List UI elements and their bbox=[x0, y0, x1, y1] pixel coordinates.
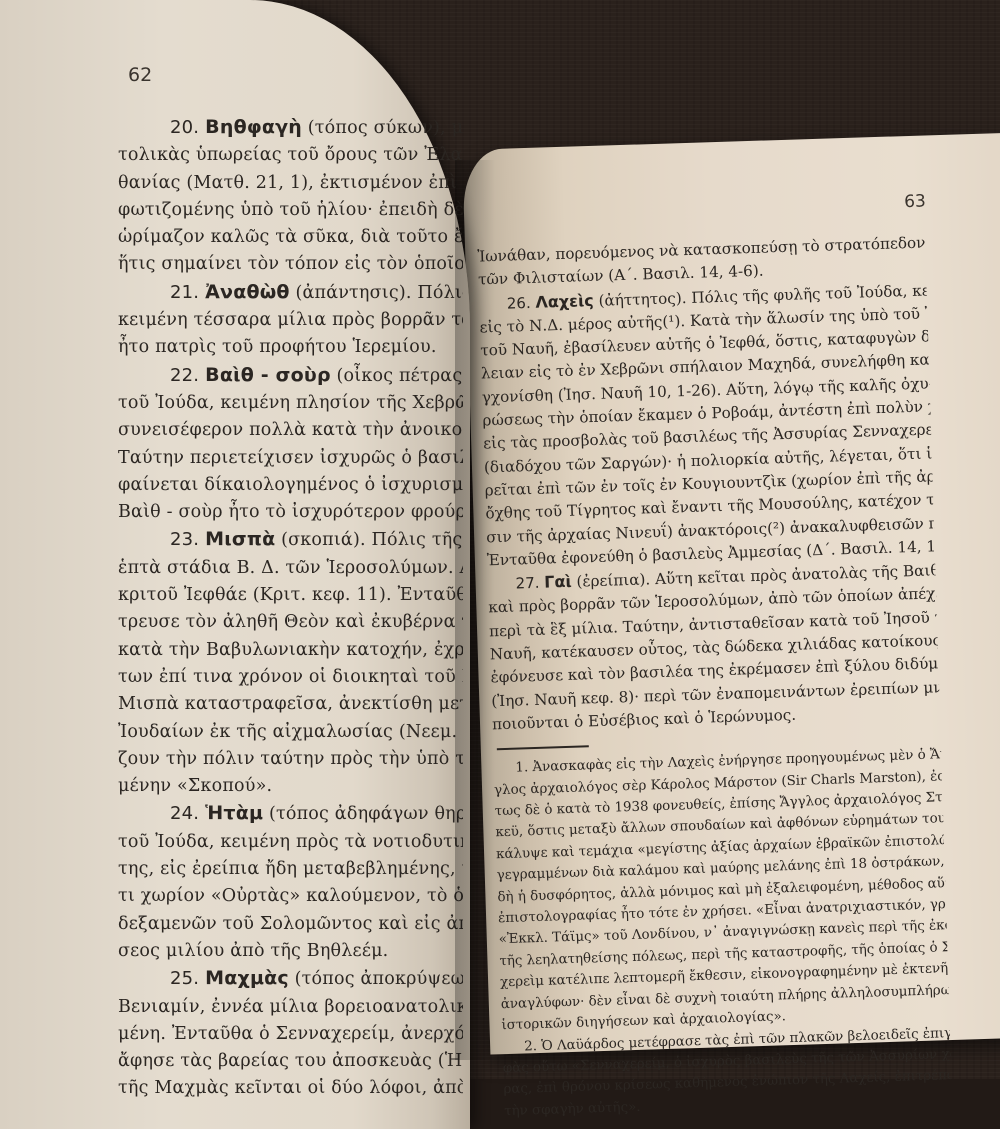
text-line: τῆς Μαχμὰς κεῖνται οἱ δύο λόφοι, ἀπὸ τῶν bbox=[118, 1075, 463, 1102]
line-text: Ταύτην περιετείχισεν ἰσχυρῶς ὁ βασιλεὺς … bbox=[118, 448, 463, 468]
right-page-body: Ἰωνάθαν, πορευόμενος νὰ κατασκοπεύσῃ τὸ … bbox=[477, 232, 952, 1123]
text-line: Ταύτην περιετείχισεν ἰσχυρῶς ὁ βασιλεὺς … bbox=[118, 445, 463, 472]
line-text: ζουν τὴν πόλιν ταύτην πρὸς τὴν ὑπὸ τοῦ Ἰ… bbox=[118, 749, 463, 769]
text-line: Ἰουδαίων ἐκ τῆς αἰχμαλωσίας (Νεεμ. 3, 19… bbox=[118, 719, 463, 746]
line-text: ἥτις σημαίνει τὸν τόπον εἰς τὸν ὁποῖον κ… bbox=[118, 254, 463, 274]
entry-title: Βαὶθ - σοὺρ bbox=[205, 364, 331, 386]
entry-title: Λαχεὶς bbox=[535, 291, 594, 312]
line-text: μένην «Σκοπού». bbox=[118, 776, 272, 796]
entry-number: 25. bbox=[170, 968, 205, 989]
line-text: τρευσε τὸν ἀληθῆ Θεὸν καὶ ἐκυβέρνα τὸν λ… bbox=[118, 612, 463, 632]
line-text: (τόπος σύκων), μικρὸν χωρίον bbox=[302, 118, 463, 138]
line-text: φαίνεται δίκαιολογημένος ὁ ἰσχυρισμὸς το… bbox=[118, 475, 463, 495]
left-page-body: 20. Βηθφαγὴ (τόπος σύκων), μικρὸν χωρίον… bbox=[118, 114, 463, 1103]
line-text: σεος μιλίου ἀπὸ τῆς Βηθλεέμ. bbox=[118, 941, 388, 961]
text-line: Μισπὰ καταστραφεῖσα, ἀνεκτίσθη μετὰ τὴν … bbox=[118, 691, 463, 718]
line-text: Μισπὰ καταστραφεῖσα, ἀνεκτίσθη μετὰ τὴν … bbox=[118, 694, 463, 714]
line-text: τοῦ Ἰούδα, κειμένη πρὸς τὰ νοτιοδυτικὰ τ… bbox=[118, 832, 463, 852]
entry-title: Μαχμὰς bbox=[205, 967, 289, 989]
text-line: ἑπτὰ στάδια Β. Δ. τῶν Ἱεροσολύμων. Αὕτη bbox=[118, 555, 463, 582]
line-text: Βαὶθ - σοὺρ ἦτο τὸ ἰσχυρότερον φρούριον bbox=[118, 502, 463, 522]
text-line: τοῦ Ἰούδα, κειμένη πρὸς τὰ νοτιοδυτικὰ τ… bbox=[118, 829, 463, 856]
line-text: ἦτο πατρὶς τοῦ προφήτου Ἱερεμίου. bbox=[118, 337, 437, 357]
right-page: 63 Ἰωνάθαν, πορευόμενος νὰ κατασκοπεύσῃ … bbox=[462, 132, 1000, 1054]
entry-number: 21. bbox=[170, 282, 205, 303]
entry-heading-line: 25. Μαχμὰς (τόπος ἀποκρύψεως). Πόλις τῆς bbox=[118, 965, 463, 993]
text-line: κριτοῦ Ἰεφθάε (Κριτ. κεφ. 11). Ἐνταῦθα bbox=[118, 582, 463, 609]
line-text: ὡρίμαζον καλῶς τὰ σῦκα, διὰ τοῦτο ἔλαβε … bbox=[118, 227, 463, 247]
entry-number: 20. bbox=[170, 117, 205, 138]
line-text: τὴν σφαγὴν αὐτῆς». bbox=[504, 1100, 641, 1119]
entry-heading-line: 20. Βηθφαγὴ (τόπος σύκων), μικρὸν χωρίον bbox=[118, 114, 463, 142]
line-text: (σκοπιά). Πόλις τῆς φυλῆς Βεν. bbox=[275, 530, 463, 550]
text-line: κατὰ τὴν Βαβυλωνιακὴν κατοχήν, ἐχρησιμοπ… bbox=[118, 637, 463, 664]
entry-heading-line: 22. Βαὶθ - σοὺρ (οἶκος πέτρας). Ὀρειν bbox=[118, 362, 463, 390]
line-text: τῆς Μαχμὰς κεῖνται οἱ δύο λόφοι, ἀπὸ τῶν bbox=[118, 1078, 463, 1098]
left-page: 62 20. Βηθφαγὴ (τόπος σύκων), μικρὸν χωρ… bbox=[0, 0, 470, 1129]
text-line: ὡρίμαζον καλῶς τὰ σῦκα, διὰ τοῦτο ἔλαβε … bbox=[118, 224, 463, 251]
line-text: τι χωρίον «Οὐρτὰς» καλούμενον, τὸ ὁποῖον… bbox=[118, 886, 463, 906]
text-line: φαίνεται δίκαιολογημένος ὁ ἰσχυρισμὸς το… bbox=[118, 472, 463, 499]
text-line: θανίας (Ματθ. 21, 1), ἐκτισμένον ἐπὶ στε… bbox=[118, 170, 463, 197]
line-text: (τόπος ἀδηφάγων θηρίων). Πόλις bbox=[263, 804, 463, 824]
entry-number: 27. bbox=[515, 574, 544, 593]
text-line: ζουν τὴν πόλιν ταύτην πρὸς τὴν ὑπὸ τοῦ Ἰ… bbox=[118, 746, 463, 773]
entry-number: 23. bbox=[170, 529, 205, 550]
line-text: συνεισέφερον πολλὰ κατὰ τὴν ἀνοικοδόμησι… bbox=[118, 420, 463, 440]
text-line: των ἐπί τινα χρόνον οἱ διοικηταὶ τοῦ Ναβ… bbox=[118, 664, 463, 691]
text-line: της, εἰς ἐρείπια ἤδη μεταβεβλημένης, ὑπά… bbox=[118, 856, 463, 883]
entry-heading-line: 21. Ἀναθὼθ (ἀπάντησις). Πόλις τῆς φυλῆς bbox=[118, 279, 463, 307]
line-text: κριτοῦ Ἰεφθάε (Κριτ. κεφ. 11). Ἐνταῦθα bbox=[118, 585, 463, 605]
text-line: ἦτο πατρὶς τοῦ προφήτου Ἱερεμίου. bbox=[118, 334, 463, 361]
text-line: μένη. Ἐνταῦθα ὁ Σενναχερείμ, ἀνερχόμενος… bbox=[118, 1021, 463, 1048]
line-text: Βενιαμίν, ἐννέα μίλια βορειοανατολικῶς τ… bbox=[118, 997, 463, 1017]
line-text: φωτιζομένης ὑπὸ τοῦ ἡλίου· ἐπειδὴ δὲ διὰ… bbox=[118, 200, 463, 220]
entry-number: 26. bbox=[507, 293, 536, 312]
line-text: θανίας (Ματθ. 21, 1), ἐκτισμένον ἐπὶ στε… bbox=[118, 173, 463, 193]
text-line: σεος μιλίου ἀπὸ τῆς Βηθλεέμ. bbox=[118, 938, 463, 965]
entry-title: Ἀναθὼθ bbox=[205, 281, 290, 303]
line-text: ἑπτὰ στάδια Β. Δ. τῶν Ἱεροσολύμων. Αὕτη bbox=[118, 558, 463, 578]
line-text: (οἶκος πέτρας). Ὀρειν bbox=[331, 366, 463, 386]
text-line: φωτιζομένης ὑπὸ τοῦ ἡλίου· ἐπειδὴ δὲ διὰ… bbox=[118, 197, 463, 224]
line-text: κατὰ τὴν Βαβυλωνιακὴν κατοχήν, ἐχρησιμοπ… bbox=[118, 640, 463, 660]
text-line: κειμένη τέσσαρα μίλια πρὸς βορρᾶν τῶν Ἱε… bbox=[118, 307, 463, 334]
line-text: μένη. Ἐνταῦθα ὁ Σενναχερείμ, ἀνερχόμενος… bbox=[118, 1024, 463, 1044]
text-line: δεξαμενῶν τοῦ Σολομῶντος καὶ εἰς ἀπόστασ… bbox=[118, 911, 463, 938]
line-text: κειμένη τέσσαρα μίλια πρὸς βορρᾶν τῶν Ἱε… bbox=[118, 310, 463, 330]
line-text: τοῦ Ἰούδα, κειμένη πλησίον τῆς Χεβρῶνος.… bbox=[118, 393, 463, 413]
line-text: ἄφησε τὰς βαρείας του ἀποσκευὰς (Ἡσαΐας … bbox=[118, 1051, 463, 1071]
text-line: τοῦ Ἰούδα, κειμένη πλησίον τῆς Χεβρῶνος.… bbox=[118, 390, 463, 417]
line-text: δεξαμενῶν τοῦ Σολομῶντος καὶ εἰς ἀπόστασ… bbox=[118, 914, 463, 934]
entry-title: Ἡτὰμ bbox=[205, 802, 263, 824]
text-line: τρευσε τὸν ἀληθῆ Θεὸν καὶ ἐκυβέρνα τὸν λ… bbox=[118, 609, 463, 636]
entry-number: 24. bbox=[170, 803, 205, 824]
line-text: της, εἰς ἐρείπια ἤδη μεταβεβλημένης, ὑπά… bbox=[118, 859, 463, 879]
footnotes: 1. Ἀνασκαφὰς εἰς τὴν Λαχεὶς ἐνήργησε προ… bbox=[493, 744, 952, 1122]
text-line: τι χωρίον «Οὐρτὰς» καλούμενον, τὸ ὁποῖον… bbox=[118, 883, 463, 910]
entry-heading-line: 23. Μισπὰ (σκοπιά). Πόλις τῆς φυλῆς Βεν. bbox=[118, 526, 463, 554]
text-line: τολικὰς ὑπωρείας τοῦ ὄρους τῶν Ἐλαιῶν κα… bbox=[118, 142, 463, 169]
line-text: (ἀπάντησις). Πόλις τῆς φυλῆς bbox=[290, 283, 463, 303]
text-line: συνεισέφερον πολλὰ κατὰ τὴν ἀνοικοδόμησι… bbox=[118, 417, 463, 444]
text-line: Βενιαμίν, ἐννέα μίλια βορειοανατολικῶς τ… bbox=[118, 994, 463, 1021]
entry-title: Μισπὰ bbox=[205, 528, 275, 550]
entry-heading-line: 24. Ἡτὰμ (τόπος ἀδηφάγων θηρίων). Πόλις bbox=[118, 800, 463, 828]
line-text: τολικὰς ὑπωρείας τοῦ ὄρους τῶν Ἐλαιῶν κα… bbox=[118, 145, 463, 165]
text-line: Βαὶθ - σοὺρ ἦτο τὸ ἰσχυρότερον φρούριον bbox=[118, 499, 463, 526]
page-number-left: 62 bbox=[128, 64, 152, 86]
footnote-divider bbox=[497, 746, 589, 751]
text-line: μένην «Σκοπού». bbox=[118, 773, 463, 800]
line-text: (τόπος ἀποκρύψεως). Πόλις τῆς bbox=[289, 969, 463, 989]
right-page-main-text: Ἰωνάθαν, πορευόμενος νὰ κατασκοπεύσῃ τὸ … bbox=[477, 232, 940, 737]
page-number-right: 63 bbox=[904, 191, 926, 212]
entry-title: Βηθφαγὴ bbox=[205, 116, 302, 138]
text-line: ἥτις σημαίνει τὸν τόπον εἰς τὸν ὁποῖον κ… bbox=[118, 251, 463, 278]
entry-number: 22. bbox=[170, 365, 205, 386]
text-line: ἄφησε τὰς βαρείας του ἀποσκευὰς (Ἡσαΐας … bbox=[118, 1048, 463, 1075]
line-text: Ἰουδαίων ἐκ τῆς αἰχμαλωσίας (Νεεμ. 3, 19… bbox=[118, 722, 463, 742]
entry-title: Γαὶ bbox=[544, 572, 572, 592]
line-text: των ἐπί τινα χρόνον οἱ διοικηταὶ τοῦ Ναβ… bbox=[118, 667, 463, 687]
